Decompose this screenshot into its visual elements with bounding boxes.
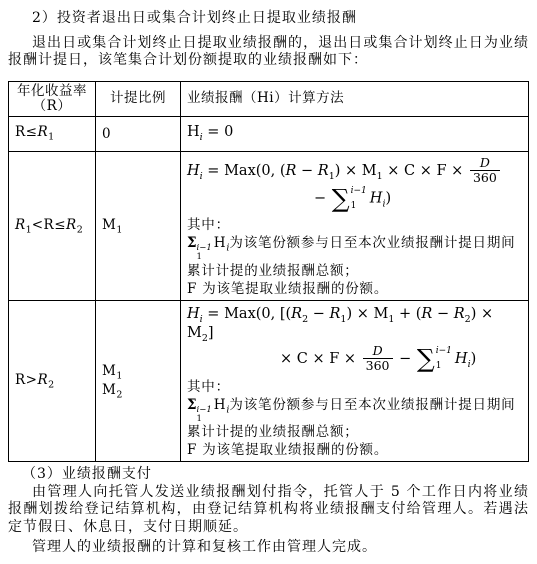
formula-tier1: Hi = Max(0, (R − R1) × M1 × C × F × D360… [187, 156, 522, 213]
note-cumulative-sum: Σi−11Hi为该笔份额参与日至本次业绩报酬计提日期间累计计提的业绩报酬总额； [187, 234, 522, 280]
table-row-r1-to-r2: R1<R≤R2 M1 Hi = Max(0, (R − R1) × M1 × C… [9, 151, 529, 301]
where-label: 其中： [187, 378, 522, 396]
ratio-m2: M2 [102, 381, 174, 400]
table-row-r-below-r1: R≤R1 0 Hi = 0 [9, 116, 529, 151]
intro-paragraph: 退出日或集合计划终止日提取业绩报酬的，退出日或集合计划终止日为业绩报酬计提日，该… [8, 35, 529, 70]
document-page: 2）投资者退出日或集合计划终止日提取业绩报酬 退出日或集合计划终止日提取业绩报酬… [0, 0, 537, 564]
col-header-accrual-ratio: 计提比例 [96, 81, 181, 116]
method-cell: Hi = Max(0, [(R2 − R1) × M1 + (R − R2) ×… [181, 301, 529, 462]
col-header-calculation-method: 业绩报酬（Hi）计算方法 [181, 81, 529, 116]
note-cumulative-sum: Σi−11Hi为该笔份额参与日至本次业绩报酬计提日期间累计计提的业绩报酬总额； [187, 396, 522, 442]
return-range-cell: R>R2 [9, 301, 96, 462]
note-share-f: F 为该笔提取业绩报酬的份额。 [187, 441, 522, 459]
section-3-heading: （3）业绩报酬支付 [8, 466, 529, 484]
ratio-cell: 0 [96, 116, 181, 151]
return-range-cell: R1<R≤R2 [9, 151, 96, 301]
ratio-cell: M1 [96, 151, 181, 301]
performance-fee-table: 年化收益率（R） 计提比例 业绩报酬（Hi）计算方法 R≤R1 0 Hi = 0… [8, 81, 529, 463]
method-cell: Hi = Max(0, (R − R1) × M1 × C × F × D360… [181, 151, 529, 301]
payment-paragraph: 由管理人向托管人发送业绩报酬划付指令，托管人于 5 个工作日内将业绩报酬划拨给登… [8, 484, 529, 537]
formula-tier2: Hi = Max(0, [(R2 − R1) × M1 + (R − R2) ×… [187, 305, 522, 374]
return-range-cell: R≤R1 [9, 116, 96, 151]
col-header-annualized-return: 年化收益率（R） [9, 81, 96, 116]
table-row-r-above-r2: R>R2 M1 M2 Hi = Max(0, [(R2 − R1) × M1 +… [9, 301, 529, 462]
calculation-review-paragraph: 管理人的业绩报酬的计算和复核工作由管理人完成。 [8, 539, 529, 557]
ratio-m1: M1 [102, 362, 174, 381]
ratio-cell: M1 M2 [96, 301, 181, 462]
note-share-f: F 为该笔提取业绩报酬的份额。 [187, 280, 522, 298]
where-label: 其中： [187, 216, 522, 234]
section-heading: 2）投资者退出日或集合计划终止日提取业绩报酬 [8, 10, 529, 28]
method-cell: Hi = 0 [181, 116, 529, 151]
table-header-row: 年化收益率（R） 计提比例 业绩报酬（Hi）计算方法 [9, 81, 529, 116]
formula-hi-zero: Hi = 0 [187, 123, 522, 142]
